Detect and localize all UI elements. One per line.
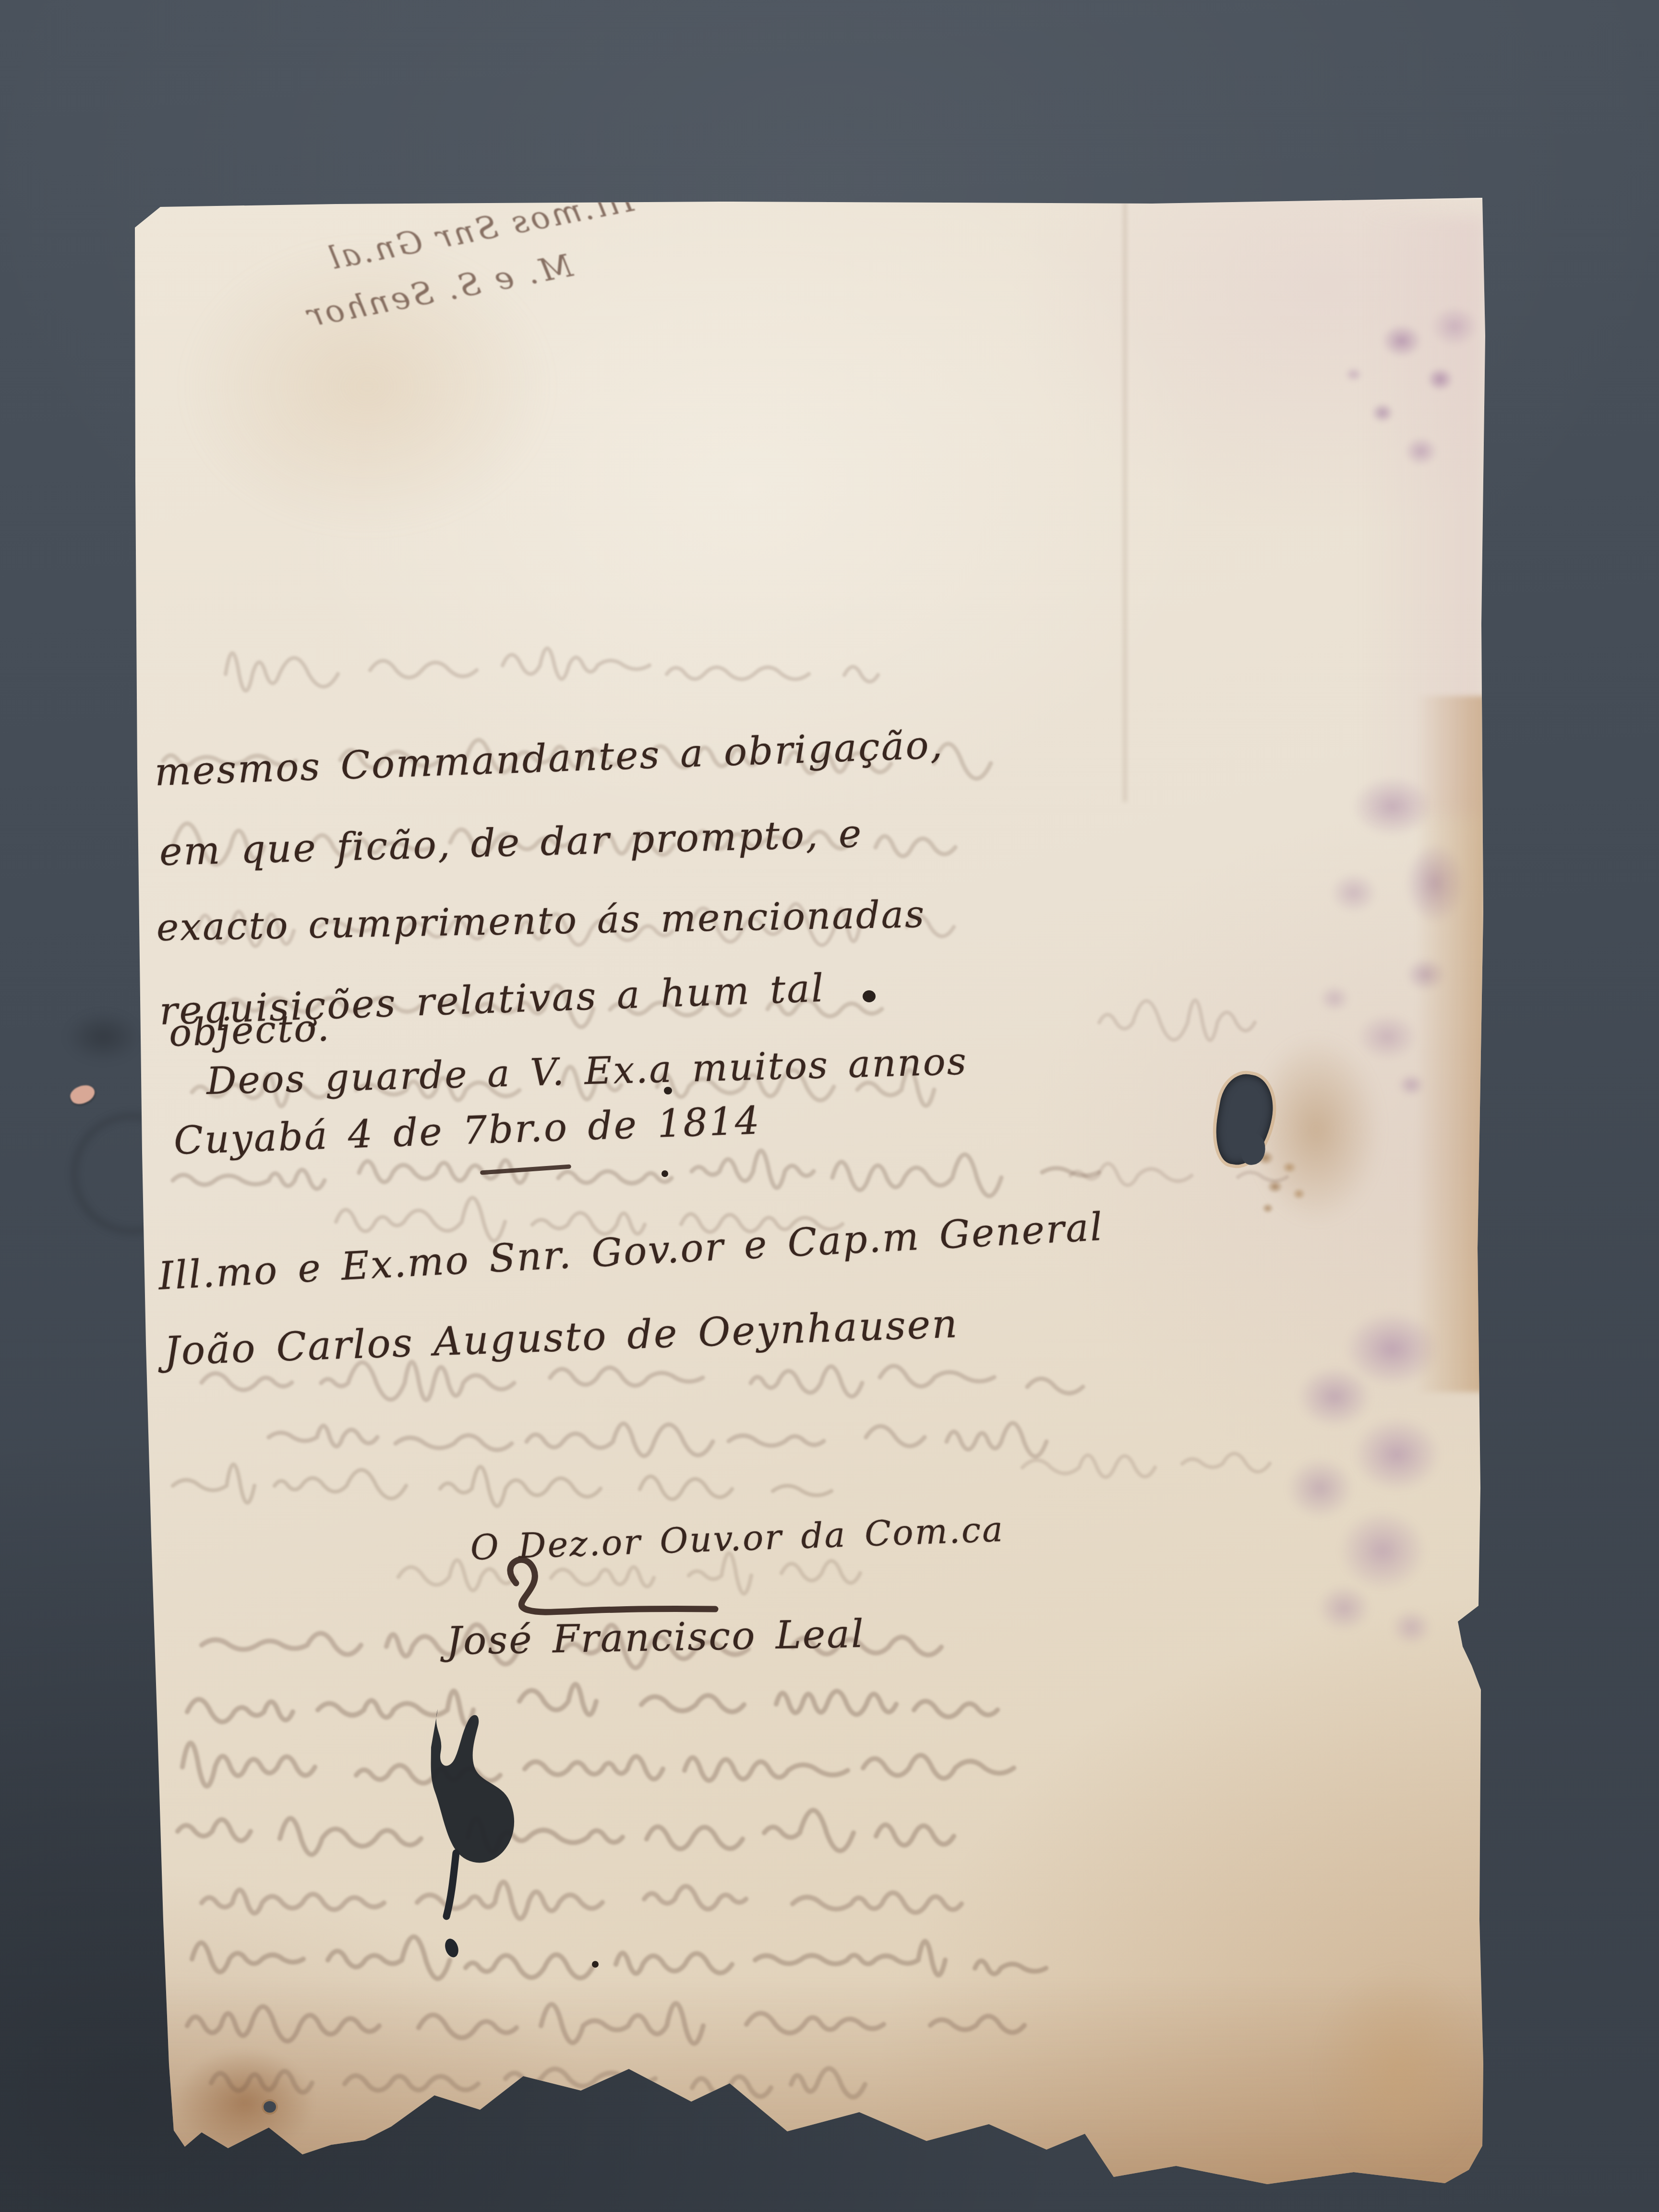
ink-blot [431, 1709, 515, 1863]
worm-hole [264, 2101, 276, 2113]
board-smudge [53, 1003, 154, 1070]
ink-comma-blot [443, 1937, 460, 1959]
ink-blot-tail [446, 1853, 456, 1916]
ink-speck [592, 1961, 599, 1968]
signature-flourish [510, 1560, 715, 1612]
ink-marks [0, 0, 1659, 2212]
paper-sheet: Ill.mos Snr Gn.al M. e S. Senhor mesmos … [0, 0, 1659, 2212]
ink-speck [661, 1170, 668, 1177]
paper-fragment [68, 1082, 97, 1107]
ink-speck [664, 1087, 672, 1094]
ink-speck [863, 990, 876, 1002]
photo-background: Ill.mos Snr Gn.al M. e S. Senhor mesmos … [0, 0, 1659, 2212]
